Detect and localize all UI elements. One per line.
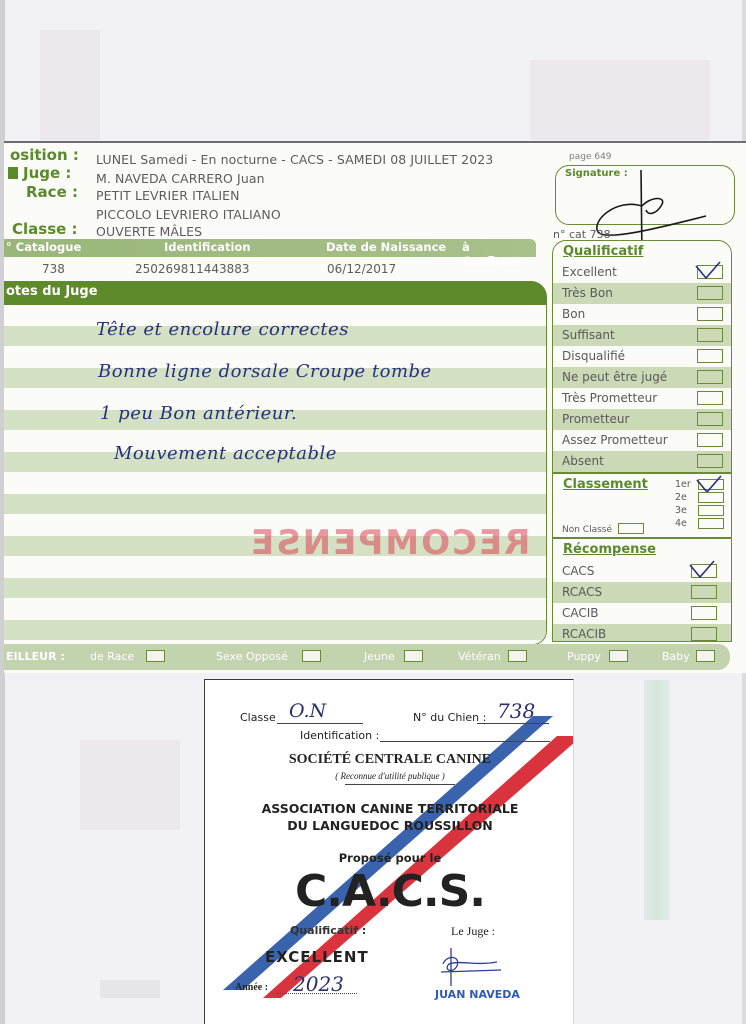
meilleur-checkbox[interactable] (696, 650, 715, 662)
recompense-stamp: RECOMPENSE (249, 523, 530, 563)
meilleur-option-label: Vétéran (458, 650, 501, 663)
recompense-option[interactable]: RCACS (553, 582, 731, 603)
cacs-card: Classe O.N N° du Chien : 738 Identificat… (204, 679, 574, 1024)
classe-line (277, 723, 363, 724)
option-checkbox[interactable] (697, 433, 723, 447)
recompense-option[interactable]: RCACIB (553, 624, 731, 642)
non-classe-label: Non Classé (562, 525, 612, 535)
meilleur-option-label: Jeune (364, 650, 395, 663)
checkmark-icon (692, 260, 722, 282)
judge-signature (437, 946, 507, 986)
option-label: Disqualifié (562, 349, 625, 363)
meilleur-checkbox[interactable] (508, 650, 527, 662)
note-line: Bonne ligne dorsale Croupe tombe (98, 361, 432, 382)
tape-strip (644, 680, 670, 920)
signature-box: Signature : (555, 165, 735, 225)
catalogue-header-bar: ° Catalogue Identification Date de Naiss… (4, 239, 536, 257)
option-checkbox[interactable] (691, 564, 717, 578)
cell-catalogue: 738 (42, 262, 65, 276)
option-label: CACIB (562, 606, 599, 620)
option-label: Très Prometteur (562, 391, 657, 405)
col-birthdate: Date de Naissance (326, 240, 446, 254)
option-checkbox[interactable] (697, 391, 723, 405)
rank-label: 4e (675, 518, 687, 529)
option-checkbox[interactable] (691, 627, 717, 641)
rank-label: 2e (675, 492, 687, 503)
note-line: Mouvement acceptable (114, 443, 337, 464)
qualificatif-value: EXCELLENT (265, 948, 369, 966)
race-value-it: PICCOLO LEVRIERO ITALIANO (96, 207, 281, 222)
meilleur-option-label: Baby (662, 650, 690, 663)
notes-header: otes du Juge (4, 281, 547, 305)
association-line-2: DU LANGUEDOC ROUSSILLON (205, 818, 574, 833)
propose-label: Proposé pour le (205, 851, 574, 865)
option-label: Prometteur (562, 412, 629, 426)
identification-line (380, 741, 550, 742)
note-stripe (4, 620, 546, 640)
society-underline (345, 784, 455, 785)
note-stripe (4, 578, 546, 598)
qualificatif-label: Qualificatif : (290, 924, 366, 937)
option-checkbox[interactable] (697, 454, 723, 468)
notes-title: otes du Juge (6, 284, 98, 299)
option-checkbox[interactable] (697, 412, 723, 426)
meilleur-option-label: Sexe Opposé (216, 650, 288, 663)
qualificatif-option[interactable]: Disqualifié (553, 346, 731, 367)
recompense-option[interactable]: CACIB (553, 603, 731, 624)
meilleur-checkbox[interactable] (302, 650, 321, 662)
rank-checkbox[interactable] (698, 505, 724, 516)
qualificatif-option[interactable]: Suffisant (553, 325, 731, 346)
judge-label: Juge : (8, 164, 71, 182)
meilleur-checkbox[interactable] (146, 650, 165, 662)
non-classe: Non Classé (562, 521, 638, 535)
rank-label: 1er (675, 479, 691, 490)
rank-checkbox[interactable] (698, 479, 724, 490)
judge-report-form: page 649 osition : LUNEL Samedi - En noc… (4, 141, 746, 673)
paper-shadow (530, 60, 710, 140)
identification-label: Identification : (300, 729, 379, 742)
classe-value: O.N (289, 700, 326, 722)
race-label: Race : (26, 183, 78, 201)
cell-birthdate: 06/12/2017 (327, 262, 396, 276)
recompense-option[interactable]: CACS (553, 561, 731, 582)
qualificatif-option[interactable]: Prometteur (553, 409, 731, 430)
recompense-title: Récompense (563, 542, 656, 557)
qualificatif-panel: Qualificatif Excellent Très Bon Bon Suff… (552, 240, 732, 642)
qualificatif-option[interactable]: Excellent (553, 262, 731, 283)
judge-value: M. NAVEDA CARRERO Juan (96, 171, 265, 186)
meilleur-checkbox[interactable] (609, 650, 628, 662)
rank-label: 3e (675, 505, 687, 516)
chien-line (477, 723, 549, 724)
annee-label: Année : (235, 982, 268, 993)
non-classe-checkbox[interactable] (618, 523, 644, 534)
option-label: CACS (562, 564, 594, 578)
qualificatif-option[interactable]: Assez Prometteur (553, 430, 731, 451)
cell-identification: 250269811443883 (135, 262, 250, 276)
option-label: RCACS (562, 585, 602, 599)
checkmark-icon (686, 559, 716, 581)
chien-label: N° du Chien : (413, 711, 486, 724)
cacs-title: C.A.C.S. (205, 866, 574, 917)
classe-label: Classe (240, 711, 276, 724)
classe-value: OUVERTE MÂLES (96, 224, 202, 239)
exposition-label: osition : (10, 146, 79, 164)
meilleur-checkbox[interactable] (404, 650, 423, 662)
note-line: 1 peu Bon antérieur. (100, 403, 297, 424)
option-checkbox[interactable] (697, 370, 723, 384)
qualificatif-option[interactable]: Ne peut être jugé (553, 367, 731, 388)
option-label: Ne peut être jugé (562, 370, 667, 384)
col-identification: Identification (164, 240, 251, 254)
qualificatif-title: Qualificatif (563, 244, 643, 259)
qualificatif-option[interactable]: Absent (553, 451, 731, 472)
meilleur-option-label: de Race (90, 650, 134, 663)
juge-label: Le Juge : (451, 924, 495, 939)
qualificatif-option[interactable]: Bon (553, 304, 731, 325)
association-line-1: ASSOCIATION CANINE TERRITORIALE (205, 801, 574, 816)
option-label: Assez Prometteur (562, 433, 668, 447)
classement-title: Classement (563, 477, 648, 492)
notes-area: Tête et encolure correctes Bonne ligne d… (4, 305, 547, 645)
meilleur-bar: EILLEUR : de Race Sexe Opposé Jeune Vété… (4, 644, 730, 670)
judge-stamp: JUAN NAVEDA (435, 988, 520, 1001)
meilleur-option-label: Puppy (567, 650, 601, 663)
rank-checkbox[interactable] (698, 492, 724, 503)
option-label: RCACIB (562, 627, 606, 641)
option-checkbox[interactable] (697, 307, 723, 321)
option-checkbox[interactable] (691, 606, 717, 620)
divider (553, 537, 731, 539)
society-subtitle: ( Reconnue d'utilité publique ) (205, 771, 574, 781)
paper-tab (100, 980, 160, 998)
note-line: Tête et encolure correctes (96, 319, 349, 340)
col-confirm: à Confirmer (462, 240, 536, 268)
annee-value: 2023 (293, 972, 344, 996)
option-checkbox[interactable] (697, 265, 723, 279)
option-checkbox[interactable] (697, 286, 723, 300)
option-checkbox[interactable] (697, 349, 723, 363)
meilleur-label: EILLEUR : (6, 650, 65, 663)
race-value-fr: PETIT LEVRIER ITALIEN (96, 188, 240, 203)
paper-shadow (80, 740, 180, 830)
option-label: Absent (562, 454, 604, 468)
exposition-value: LUNEL Samedi - En nocturne - CACS - SAME… (96, 152, 493, 167)
option-label: Suffisant (562, 328, 615, 342)
option-checkbox[interactable] (691, 585, 717, 599)
page-number: page 649 (569, 152, 612, 162)
qualificatif-option[interactable]: Très Bon (553, 283, 731, 304)
option-label: Excellent (562, 265, 617, 279)
society-name: SOCIÉTÉ CENTRALE CANINE (205, 752, 574, 768)
option-label: Bon (562, 307, 585, 321)
option-checkbox[interactable] (697, 328, 723, 342)
note-stripe (4, 494, 546, 514)
classe-label: Classe : (12, 220, 78, 238)
rank-checkbox[interactable] (698, 518, 724, 529)
option-label: Très Bon (562, 286, 613, 300)
col-catalogue: ° Catalogue (6, 240, 81, 254)
qualificatif-option[interactable]: Très Prometteur (553, 388, 731, 409)
chien-value: 738 (497, 699, 535, 723)
paper-shadow (40, 30, 100, 140)
